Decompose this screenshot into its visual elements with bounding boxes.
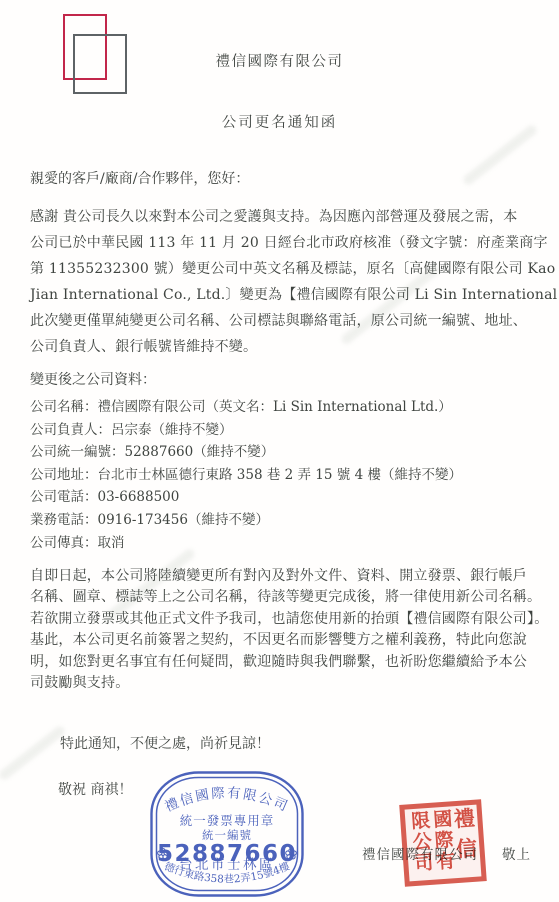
info-value: 52887660（維持不變） <box>125 444 275 460</box>
paragraph-line: 第 11355232300 號）變更公司中英文名稱及標誌，原名〔高健國際有限公司… <box>30 256 559 282</box>
paragraph-line: 自即日起，本公司將陸續變更所有對內及對外文件、資料、開立發票、銀行帳戶 <box>30 566 548 587</box>
company-info-row-fax: 公司傳真：取消 <box>30 532 462 555</box>
paragraph-line: 名稱、圖章、標誌等上之公司名稱，待該等變更完成後，將一律使用新公司名稱。 <box>30 587 548 608</box>
paragraph-line: 公司已於中華民國 113 年 11 月 20 日經台北市政府核准（發文字號：府產… <box>30 230 559 256</box>
info-value: 0916-173456（維持不變） <box>98 512 269 528</box>
scan-artifact <box>0 724 67 781</box>
company-info-row-tax-id: 公司統一編號：52887660（維持不變） <box>30 441 462 464</box>
info-value: 呂宗泰（維持不變） <box>111 422 233 438</box>
company-info-row-address: 公司地址：台北市士林區德行東路 358 巷 2 弄 15 號 4 樓（維持不變） <box>30 464 462 487</box>
info-label: 業務電話： <box>30 512 98 528</box>
paragraph-transition-details: 自即日起，本公司將陸續變更所有對內及對外文件、資料、開立發票、銀行帳戶 名稱、圖… <box>30 566 548 694</box>
info-value: 03-6688500 <box>98 489 180 505</box>
paragraph-line: Jian International Co., Ltd.〕變更為【禮信國際有限公… <box>30 282 559 308</box>
regards-line: 敬祝 商祺！ <box>58 779 132 799</box>
info-label: 公司地址： <box>30 467 98 483</box>
paragraph-change-announcement: 感謝 貴公司長久以來對本公司之愛護與支持。為因應內部營運及發展之需，本 公司已於… <box>30 204 559 360</box>
info-value: 禮信國際有限公司（英文名：Li Sin International Ltd.） <box>98 399 452 415</box>
info-label: 公司名稱： <box>30 399 98 415</box>
seal-column-left: 限公司 <box>408 810 433 879</box>
paragraph-line: 此次變更僅單純變更公司名稱、公司標誌與聯絡電話，原公司統一編號、地址、 <box>30 308 559 334</box>
company-info-row-name: 公司名稱：禮信國際有限公司（英文名：Li Sin International L… <box>30 396 462 419</box>
invoice-stamp: 禮信國際有限公司 統一發票專用章 統一編號 52887660 台北市士林區 德行… <box>149 770 305 900</box>
stamp-tax-id-label: 統一編號 <box>202 828 252 842</box>
stamp-arc-top: 禮信國際有限公司 <box>162 785 291 815</box>
stamp-invoice-label: 統一發票專用章 <box>180 813 275 828</box>
info-value: 台北市士林區德行東路 358 巷 2 弄 15 號 4 樓（維持不變） <box>98 467 462 483</box>
document-title: 公司更名通知函 <box>0 111 559 132</box>
company-info-row-mobile: 業務電話：0916-173456（維持不變） <box>30 509 462 532</box>
greeting-line: 親愛的客戶/廠商/合作夥伴，您好： <box>30 168 249 188</box>
company-info-row-phone: 公司電話：03-6688500 <box>30 486 462 509</box>
seal-column-right: 禮信 <box>452 807 479 876</box>
paragraph-line: 基此，本公司更名前簽署之契約，不因更名而影響雙方之權利義務，特此向您說 <box>30 630 548 651</box>
info-label: 公司傳真： <box>30 535 98 551</box>
closing-notice-line: 特此通知，不便之處，尚祈見諒！ <box>60 733 270 753</box>
paragraph-line: 司鼓勵與支持。 <box>30 673 548 694</box>
updated-info-section-label: 變更後之公司資料： <box>30 369 156 389</box>
paragraph-line: 感謝 貴公司長久以來對本公司之愛護與支持。為因應內部營運及發展之需，本 <box>30 204 559 230</box>
info-label: 公司電話： <box>30 489 98 505</box>
company-name-heading: 禮信國際有限公司 <box>0 50 559 71</box>
info-label: 公司統一編號： <box>30 444 125 460</box>
paragraph-line: 公司負責人、銀行帳號皆維持不變。 <box>30 334 559 360</box>
stamp-arc-top-text: 禮信國際有限公司 <box>162 785 291 815</box>
info-value: 取消 <box>98 535 125 551</box>
paragraph-line: 明，如您對更名事宜有任何疑問，歡迎隨時與我們聯繫，也祈盼您繼續給予本公 <box>30 652 548 673</box>
info-label: 公司負責人： <box>30 422 111 438</box>
signature-sign-off: 敬上 <box>502 847 531 863</box>
company-info-row-owner: 公司負責人：呂宗泰（維持不變） <box>30 419 462 442</box>
letter-page: 禮信國際有限公司 公司更名通知函 親愛的客戶/廠商/合作夥伴，您好： 感謝 貴公… <box>0 0 559 902</box>
company-seal: 限公司 國際有 禮信 <box>399 799 487 887</box>
paragraph-line: 若欲開立發票或其他正式文件予我司，也請您使用新的抬頭【禮信國際有限公司】。 <box>30 609 548 630</box>
company-info-list: 公司名稱：禮信國際有限公司（英文名：Li Sin International L… <box>30 396 462 554</box>
scan-artifact <box>461 123 538 186</box>
